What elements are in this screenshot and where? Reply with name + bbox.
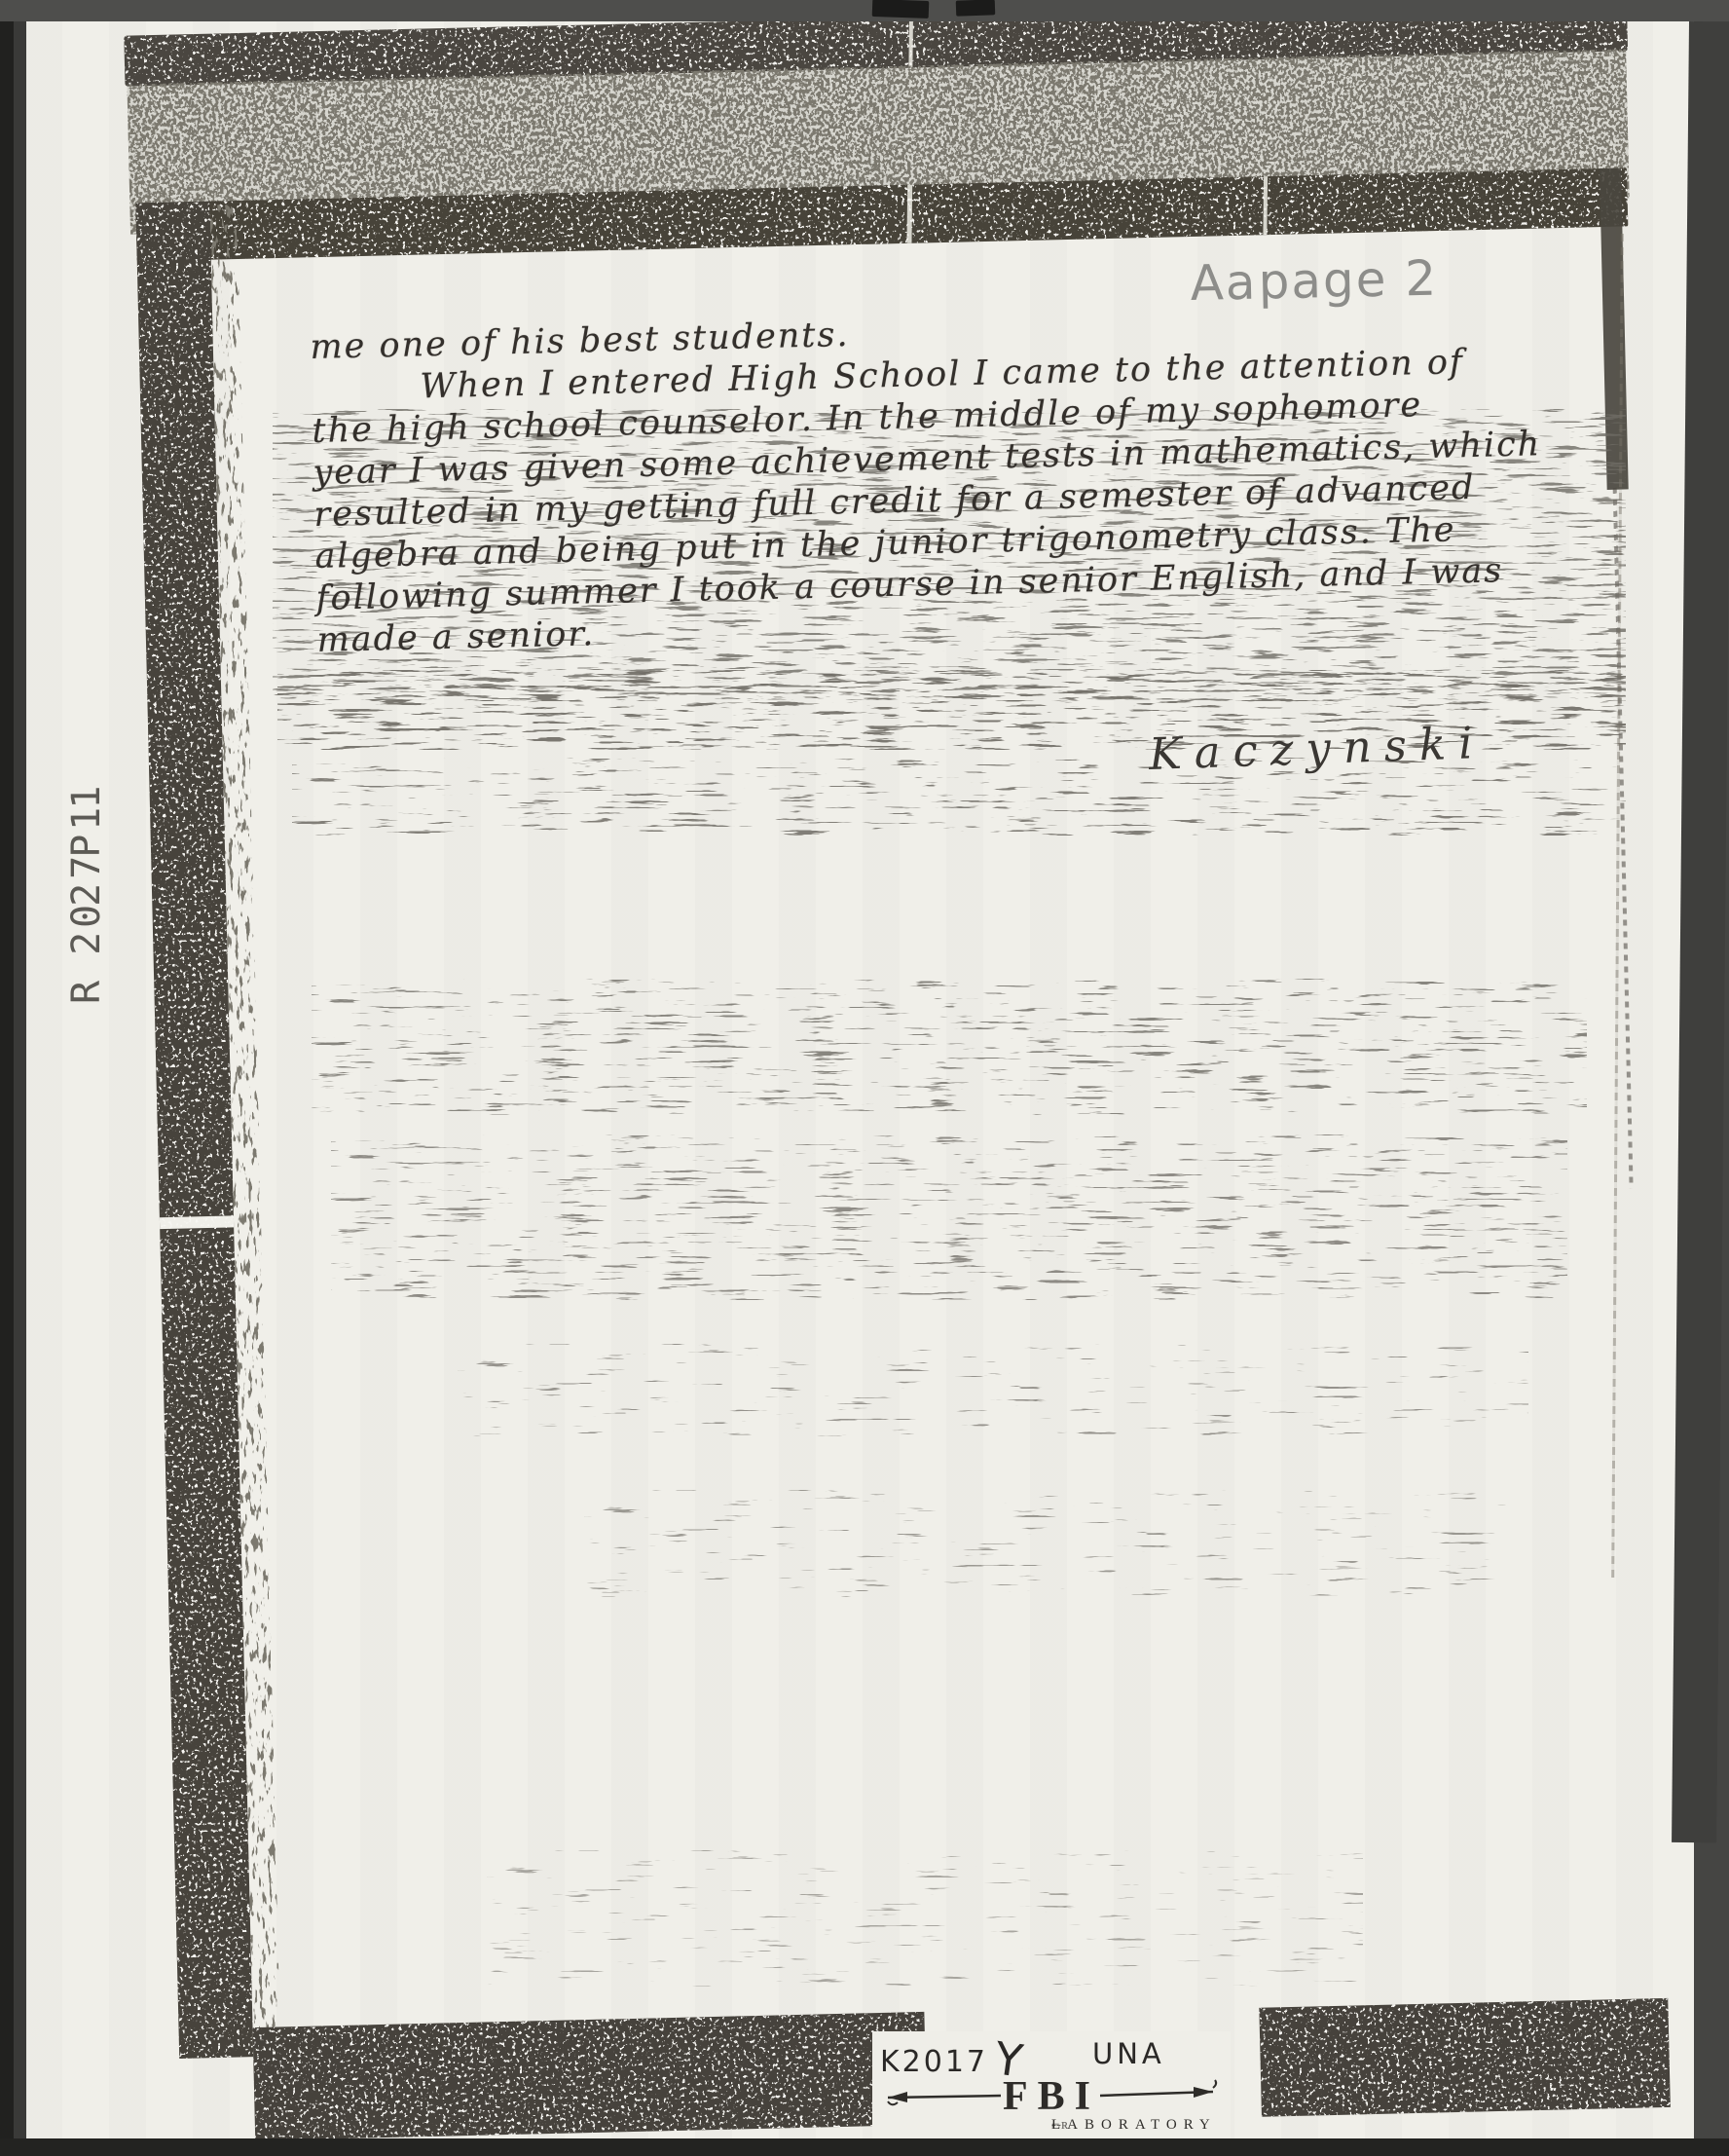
film-sprocket-mark — [872, 0, 930, 19]
photocopied-document-scan: Aapage 2 me one of his best students. Wh… — [0, 0, 1729, 2156]
fbi-laboratory-stamp: K2017 Y UNA FBI ⌐ LABORATORY --ʀ — [872, 2031, 1231, 2140]
toner-streak-noise — [331, 1134, 1567, 1300]
margin-roll-stamp: R22P1071 — [14, 746, 115, 1262]
frame-bottom-border-right — [1259, 1998, 1671, 2117]
film-sprocket-mark — [956, 0, 996, 17]
stamp-tick-right: --ʀ — [1051, 2117, 1068, 2134]
fbi-logo: FBI — [878, 2072, 1225, 2117]
toner-streak-noise — [584, 1490, 1509, 1597]
toner-streak-noise — [458, 1344, 1528, 1436]
handwritten-letter-body: me one of his best students. When I ente… — [310, 296, 1634, 662]
laboratory-label: LABORATORY — [1051, 2117, 1217, 2134]
toner-streak-noise — [487, 1850, 1363, 1987]
sample-id-label: Aa — [1190, 254, 1258, 312]
unabom-code: UNA — [1092, 2037, 1165, 2070]
left-arrow-icon — [888, 2092, 907, 2102]
frame-number: 071 — [64, 782, 109, 928]
scan-top-strip — [0, 0, 1729, 21]
frame-bottom-border-left — [253, 2012, 928, 2140]
toner-white-speckle — [253, 2012, 928, 2140]
scan-bottom-strip — [0, 2138, 1729, 2156]
fbi-logo-text: FBI — [1003, 2074, 1100, 2117]
toner-white-speckle — [1259, 1998, 1671, 2117]
toner-streak-noise — [312, 979, 1587, 1115]
right-arrow-icon — [1194, 2087, 1213, 2098]
